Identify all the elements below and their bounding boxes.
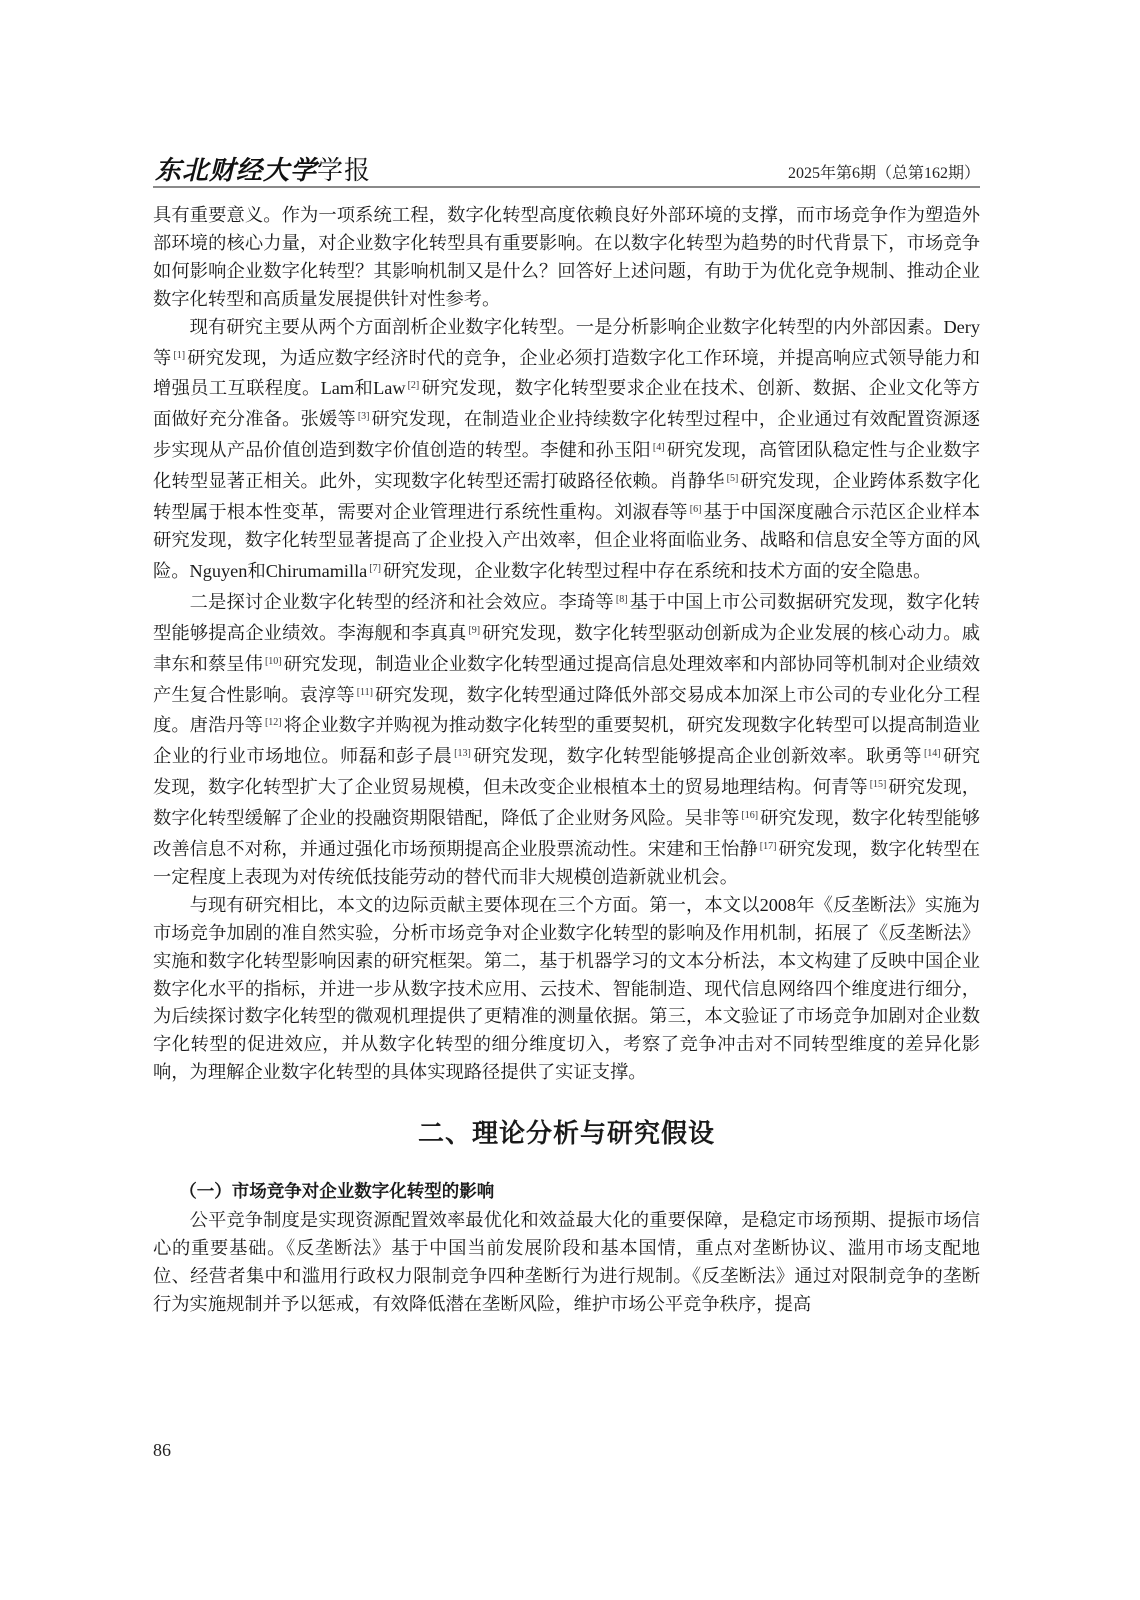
citation-ref[interactable]: [9] (468, 625, 480, 636)
citation-ref[interactable]: [4] (653, 442, 665, 453)
citation-ref[interactable]: [5] (727, 473, 739, 484)
citation-ref[interactable]: [13] (454, 748, 471, 759)
intro-paragraphs: 具有重要意义。作为一项系统工程，数字化转型高度依赖良好外部环境的支撑，而市场竞争… (153, 202, 980, 1087)
paragraph: 具有重要意义。作为一项系统工程，数字化转型高度依赖良好外部环境的支撑，而市场竞争… (153, 202, 980, 314)
journal-name-suffix: 学报 (317, 156, 371, 186)
citation-ref[interactable]: [10] (265, 656, 282, 667)
citation-ref[interactable]: [1] (173, 350, 185, 361)
citation-ref[interactable]: [11] (357, 687, 373, 698)
citation-ref[interactable]: [8] (616, 594, 628, 605)
page-number: 86 (153, 1440, 171, 1461)
journal-name-calligraphy: 东北财经大学 (155, 156, 317, 186)
paragraph: 二是探讨企业数字化转型的经济和社会效应。李琦等[8]基于中国上市公司数据研究发现… (153, 586, 980, 892)
citation-ref[interactable]: [7] (369, 563, 381, 574)
paragraph: 与现有研究相比，本文的边际贡献主要体现在三个方面。第一，本文以2008年《反垄断… (153, 892, 980, 1087)
citation-ref[interactable]: [15] (870, 779, 887, 790)
journal-title: 东北财经大学学报 (155, 150, 371, 187)
citation-ref[interactable]: [3] (358, 411, 370, 422)
citation-ref[interactable]: [6] (690, 504, 702, 515)
issue-info: 2025年第6期（总第162期） (788, 160, 980, 183)
citation-ref[interactable]: [16] (741, 810, 758, 821)
journal-page: 东北财经大学学报 2025年第6期（总第162期） 具有重要意义。作为一项系统工… (153, 150, 980, 1319)
article-body: 具有重要意义。作为一项系统工程，数字化转型高度依赖良好外部环境的支撑，而市场竞争… (153, 202, 980, 1319)
paragraph: 现有研究主要从两个方面剖析企业数字化转型。一是分析影响企业数字化转型的内外部因素… (153, 314, 980, 586)
subsection-heading: （一）市场竞争对企业数字化转型的影响 (153, 1179, 980, 1207)
citation-ref[interactable]: [2] (408, 380, 420, 391)
section-heading: 二、理论分析与研究假设 (153, 1121, 980, 1149)
citation-ref[interactable]: [12] (265, 717, 282, 728)
section-paragraph: 公平竞争制度是实现资源配置效率最优化和效益最大化的重要保障，是稳定市场预期、提振… (153, 1207, 980, 1319)
citation-ref[interactable]: [14] (924, 748, 941, 759)
citation-ref[interactable]: [17] (760, 841, 777, 852)
running-header: 东北财经大学学报 2025年第6期（总第162期） (153, 150, 980, 188)
